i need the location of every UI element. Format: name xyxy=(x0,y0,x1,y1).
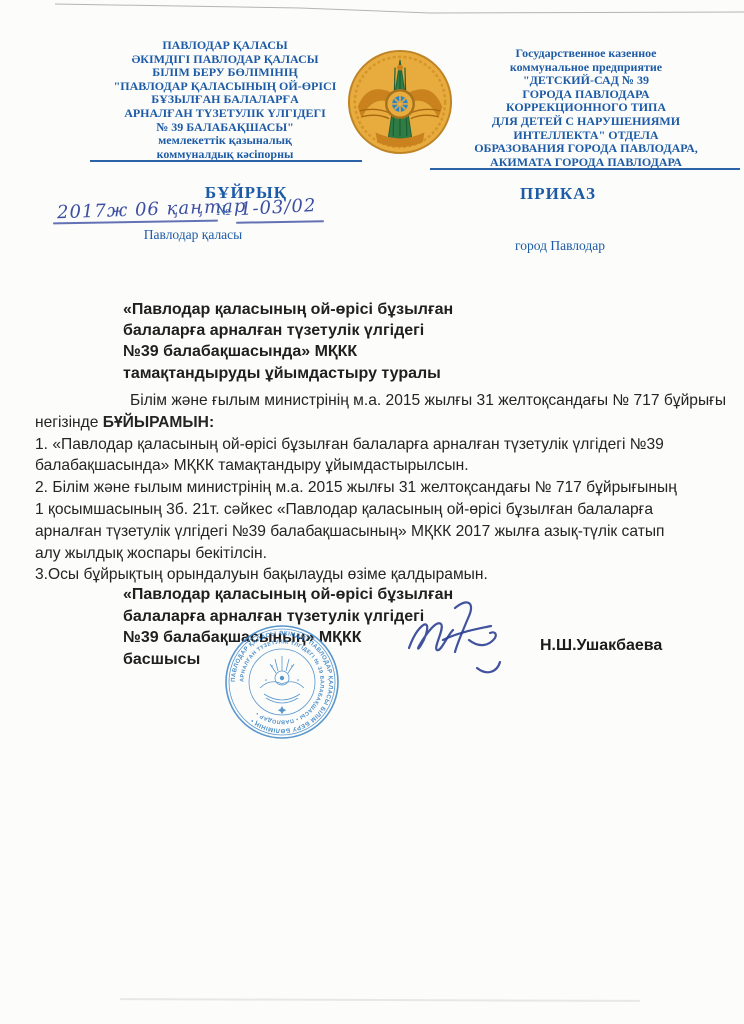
letterhead-line: коммунальное предприятие xyxy=(435,61,737,75)
scan-artifact-top-line xyxy=(0,0,744,20)
letterhead-line: № 39 БАЛАБАҚШАСЫ" xyxy=(75,121,375,135)
letterhead-line: мемлекеттік қазыналық xyxy=(75,134,375,148)
letterhead-line: Государственное казенное xyxy=(435,47,737,61)
svg-text:ПАВЛОДАР ҚАЛАСЫ ӘКІМДІГІ ПАВЛО: ПАВЛОДАР ҚАЛАСЫ ӘКІМДІГІ ПАВЛОДАР ҚАЛАСЫ… xyxy=(231,631,333,733)
subject-line: «Павлодар қаласының ой-өрісі бұзылған xyxy=(123,299,453,320)
letterhead-line: ОБРАЗОВАНИЯ ГОРОДА ПАВЛОДАРА, xyxy=(435,142,737,156)
body-line: 1 қосымшасының 3б. 21т. сәйкес «Павлодар… xyxy=(35,499,735,521)
handwritten-signature xyxy=(403,596,531,688)
letterhead-divider-left xyxy=(90,160,362,162)
number-sign: № xyxy=(216,203,230,220)
stamp-emblem xyxy=(260,656,304,714)
letterhead-kazakh: ПАВЛОДАР ҚАЛАСЫ ӘКІМДІГІ ПАВЛОДАР ҚАЛАСЫ… xyxy=(75,39,375,161)
letterhead-line: "ДЕТСКИЙ-САД № 39 xyxy=(435,74,737,88)
letterhead-divider-right xyxy=(430,168,740,170)
body-line: 3.Осы бұйрықтың орындалуын бақылауды өзі… xyxy=(35,564,735,586)
letterhead-line: ДЛЯ ДЕТЕЙ С НАРУШЕНИЯМИ xyxy=(435,115,737,129)
letterhead-line: ӘКІМДІГІ ПАВЛОДАР ҚАЛАСЫ xyxy=(75,53,375,67)
letterhead-line: БҰЗЫЛҒАН БАЛАЛАРҒА xyxy=(75,93,375,107)
resolution-word: БҰЙЫРАМЫН: xyxy=(103,414,214,431)
letterhead-line: ПАВЛОДАР ҚАЛАСЫ xyxy=(75,39,375,53)
body-line: Білім және ғылым министрінің м.а. 2015 ж… xyxy=(35,390,735,412)
body-line: 1. «Павлодар қаласының ой-өрісі бұзылған… xyxy=(35,434,735,456)
scanned-document-page: ПАВЛОДАР ҚАЛАСЫ ӘКІМДІГІ ПАВЛОДАР ҚАЛАСЫ… xyxy=(0,0,744,1024)
subject-line: №39 балабақшасында» МҚКК xyxy=(123,341,453,362)
order-title-russian: ПРИКАЗ xyxy=(458,184,658,204)
order-subject: «Павлодар қаласының ой-өрісі бұзылған ба… xyxy=(123,299,453,384)
body-line: негізінде БҰЙЫРАМЫН: xyxy=(35,412,735,434)
letterhead-line: ГОРОДА ПАВЛОДАРА xyxy=(435,88,737,102)
official-round-stamp-icon: ПАВЛОДАР ҚАЛАСЫ ӘКІМДІГІ ПАВЛОДАР ҚАЛАСЫ… xyxy=(222,622,342,742)
body-line: алу жылдық жоспары бекітілсін. xyxy=(35,543,735,565)
body-line: 2. Білім және ғылым министрінің м.а. 201… xyxy=(35,477,735,499)
stamp-outer-text: ПАВЛОДАР ҚАЛАСЫ ӘКІМДІГІ ПАВЛОДАР ҚАЛАСЫ… xyxy=(231,631,333,733)
letterhead-line: АРНАЛҒАН ТҮЗЕТУЛІК ҮЛГІДЕГІ xyxy=(75,107,375,121)
letterhead-russian: Государственное казенное коммунальное пр… xyxy=(435,47,737,169)
subject-line: балаларға арналған түзетулік үлгідегі xyxy=(123,320,453,341)
body-line: балабақшасында» МҚКК тамақтандыру ұйымда… xyxy=(35,455,735,477)
letterhead-line: БІЛІМ БЕРУ БӨЛІМІНІҢ xyxy=(75,66,375,80)
place-kazakh: Павлодар қаласы xyxy=(108,227,278,243)
signer-name: Н.Ш.Ушакбаева xyxy=(540,637,662,655)
number-underline xyxy=(236,220,324,224)
letterhead-line: КОРРЕКЦИОННОГО ТИПА xyxy=(435,101,737,115)
place-russian: город Павлодар xyxy=(480,238,640,254)
letterhead-line: ИНТЕЛЛЕКТА" ОТДЕЛА xyxy=(435,129,737,143)
body-line: арналған түзетулік үлгідегі №39 балабақш… xyxy=(35,521,735,543)
subject-line: тамақтандыруды ұйымдастыру туралы xyxy=(123,363,453,384)
letterhead-line: "ПАВЛОДАР ҚАЛАСЫНЫҢ ОЙ-ӨРІСІ xyxy=(75,80,375,94)
order-body: Білім және ғылым министрінің м.а. 2015 ж… xyxy=(35,390,735,586)
scan-artifact-bottom-line xyxy=(120,998,640,1002)
handwritten-order-number: 1-03/02 xyxy=(240,195,317,220)
